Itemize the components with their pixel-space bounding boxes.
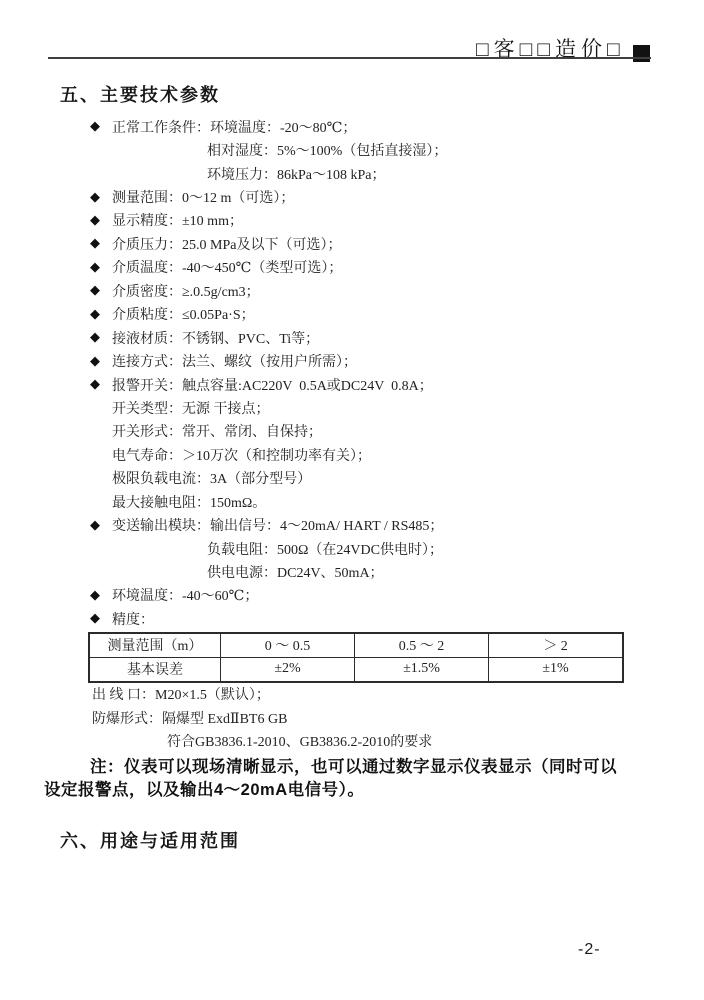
spec-text: 防爆形式：隔爆型 ExdⅡBT6 GB — [92, 708, 287, 728]
note-line: 设定报警点，以及输出4～20mA电信号）。 — [44, 776, 680, 799]
spec-text: 介质压力：25.0 MPa及以下（可选）； — [112, 234, 341, 254]
main-content: 五、主要技术参数 ◆正常工作条件：环境温度：-20～80℃； 相对湿度：5%～1… — [60, 84, 680, 852]
spec-line: 符合GB3836.1-2010、GB3836.2-2010的要求 — [60, 730, 680, 753]
note-text: 设定报警点，以及输出4～20mA电信号）。 — [44, 776, 364, 800]
spec-text: 接液材质：不锈钢、PVC、Ti等； — [112, 328, 319, 348]
note-line: 注：仪表可以现场清晰显示，也可以通过数字显示仪表显示（同时可以 — [44, 753, 680, 776]
spec-text: 报警开关：触点容量:AC220V 0.5A或DC24V 0.8A； — [112, 375, 433, 395]
spec-line: ◆变送输出模块：输出信号：4～20mA/ HART / RS485； — [60, 513, 680, 536]
spec-line: 防爆形式：隔爆型 ExdⅡBT6 GB — [60, 706, 680, 729]
spec-text: 连接方式：法兰、螺纹（按用户所需）； — [112, 351, 357, 371]
spec-text: 变送输出模块：输出信号：4～20mA/ HART / RS485； — [112, 515, 443, 535]
accuracy-table: 测量范围（m） 0 ～ 0.5 0.5 ～ 2 ＞ 2 基本误差 ±2% ±1.… — [88, 632, 624, 683]
diamond-bullet-icon: ◆ — [90, 214, 112, 227]
spec-line: 出 线 口：M20×1.5（默认）； — [60, 683, 680, 706]
spec-text: 介质温度：-40～450℃（类型可选）； — [112, 257, 342, 277]
spec-text: 供电电源：DC24V、50mA； — [207, 562, 384, 582]
spec-line: ◆介质压力：25.0 MPa及以下（可选）； — [60, 232, 680, 255]
diamond-bullet-icon: ◆ — [90, 284, 112, 297]
spec-text: 介质粘度：≤0.05Pa·S； — [112, 304, 255, 324]
spec-text: 开关类型：无源 干接点； — [112, 398, 270, 418]
page-number: -2- — [578, 941, 622, 959]
spec-line: 相对湿度：5%～100%（包括直接湿）； — [60, 138, 680, 161]
diamond-bullet-icon: ◆ — [90, 120, 112, 133]
spec-text: 测量范围：0～12 m（可选）； — [112, 187, 294, 207]
diamond-bullet-icon: ◆ — [90, 237, 112, 250]
diamond-bullet-icon: ◆ — [90, 191, 112, 204]
spec-line: ◆介质粘度：≤0.05Pa·S； — [60, 303, 680, 326]
spec-text: 环境压力：86kPa～108 kPa； — [207, 164, 386, 184]
spec-line: ◆环境温度：-40～60℃； — [60, 584, 680, 607]
spec-line: 开关形式：常开、常闭、自保持； — [60, 420, 680, 443]
table-cell: 基本误差 — [89, 657, 221, 682]
table-cell: 0 ～ 0.5 — [221, 633, 355, 658]
spec-text: 相对湿度：5%～100%（包括直接湿）； — [207, 140, 447, 160]
table-cell: ±1.5% — [355, 657, 489, 682]
corner-square-icon — [633, 45, 650, 62]
spec-line: ◆介质密度：≥.0.5g/cm3； — [60, 279, 680, 302]
diamond-bullet-icon: ◆ — [90, 261, 112, 274]
spec-line: ◆精度： — [60, 607, 680, 630]
spec-text: 最大接触电阻：150mΩ。 — [112, 492, 266, 512]
diamond-bullet-icon: ◆ — [90, 519, 112, 532]
table-cell: ±2% — [221, 657, 355, 682]
diamond-bullet-icon: ◆ — [90, 331, 112, 344]
spec-line: 电气寿命：＞10万次（和控制功率有关）； — [60, 443, 680, 466]
table-row: 测量范围（m） 0 ～ 0.5 0.5 ～ 2 ＞ 2 — [89, 633, 623, 658]
diamond-bullet-icon: ◆ — [90, 612, 112, 625]
spec-text: 出 线 口：M20×1.5（默认）； — [92, 684, 270, 704]
diamond-bullet-icon: ◆ — [90, 308, 112, 321]
spec-line: 供电电源：DC24V、50mA； — [60, 560, 680, 583]
spec-line: ◆连接方式：法兰、螺纹（按用户所需）； — [60, 349, 680, 372]
spec-line: 最大接触电阻：150mΩ。 — [60, 490, 680, 513]
spec-line: ◆接液材质：不锈钢、PVC、Ti等； — [60, 326, 680, 349]
spec-line: ◆显示精度：±10 mm； — [60, 209, 680, 232]
spec-text: 正常工作条件：环境温度：-20～80℃； — [112, 117, 356, 137]
spec-line: 开关类型：无源 干接点； — [60, 396, 680, 419]
spec-line: 负载电阻：500Ω（在24VDC供电时）； — [60, 537, 680, 560]
spec-line: ◆正常工作条件：环境温度：-20～80℃； — [60, 115, 680, 138]
spec-line: 环境压力：86kPa～108 kPa； — [60, 162, 680, 185]
diamond-bullet-icon: ◆ — [90, 589, 112, 602]
spec-text: 电气寿命：＞10万次（和控制功率有关）； — [112, 445, 371, 465]
table-row: 基本误差 ±2% ±1.5% ±1% — [89, 657, 623, 682]
section-five-title: 五、主要技术参数 — [60, 84, 680, 106]
diamond-bullet-icon: ◆ — [90, 378, 112, 391]
table-cell: 0.5 ～ 2 — [355, 633, 489, 658]
note-text: 注：仪表可以现场清晰显示，也可以通过数字显示仪表显示（同时可以 — [90, 753, 617, 777]
document-page: □客□□造价□ 五、主要技术参数 ◆正常工作条件：环境温度：-20～80℃； 相… — [0, 0, 704, 1000]
spec-text: 极限负载电流：3A（部分型号） — [112, 468, 311, 488]
spec-text: 环境温度：-40～60℃； — [112, 585, 258, 605]
spec-text: 精度： — [112, 609, 154, 629]
spec-line: ◆报警开关：触点容量:AC220V 0.5A或DC24V 0.8A； — [60, 373, 680, 396]
spec-line: 极限负载电流：3A（部分型号） — [60, 467, 680, 490]
table-cell: 测量范围（m） — [89, 633, 221, 658]
spec-text: 介质密度：≥.0.5g/cm3； — [112, 281, 260, 301]
spec-text: 显示精度：±10 mm； — [112, 210, 243, 230]
table-cell: ±1% — [489, 657, 624, 682]
diamond-bullet-icon: ◆ — [90, 355, 112, 368]
section-six-title: 六、用途与适用范围 — [60, 830, 680, 852]
spec-line: ◆测量范围：0～12 m（可选）； — [60, 185, 680, 208]
spec-line: ◆介质温度：-40～450℃（类型可选）； — [60, 256, 680, 279]
spec-text: 负载电阻：500Ω（在24VDC供电时）； — [207, 539, 443, 559]
header-rule — [48, 57, 651, 59]
spec-text: 开关形式：常开、常闭、自保持； — [112, 421, 322, 441]
spec-text: 符合GB3836.1-2010、GB3836.2-2010的要求 — [167, 731, 432, 751]
table-cell: ＞ 2 — [489, 633, 624, 658]
